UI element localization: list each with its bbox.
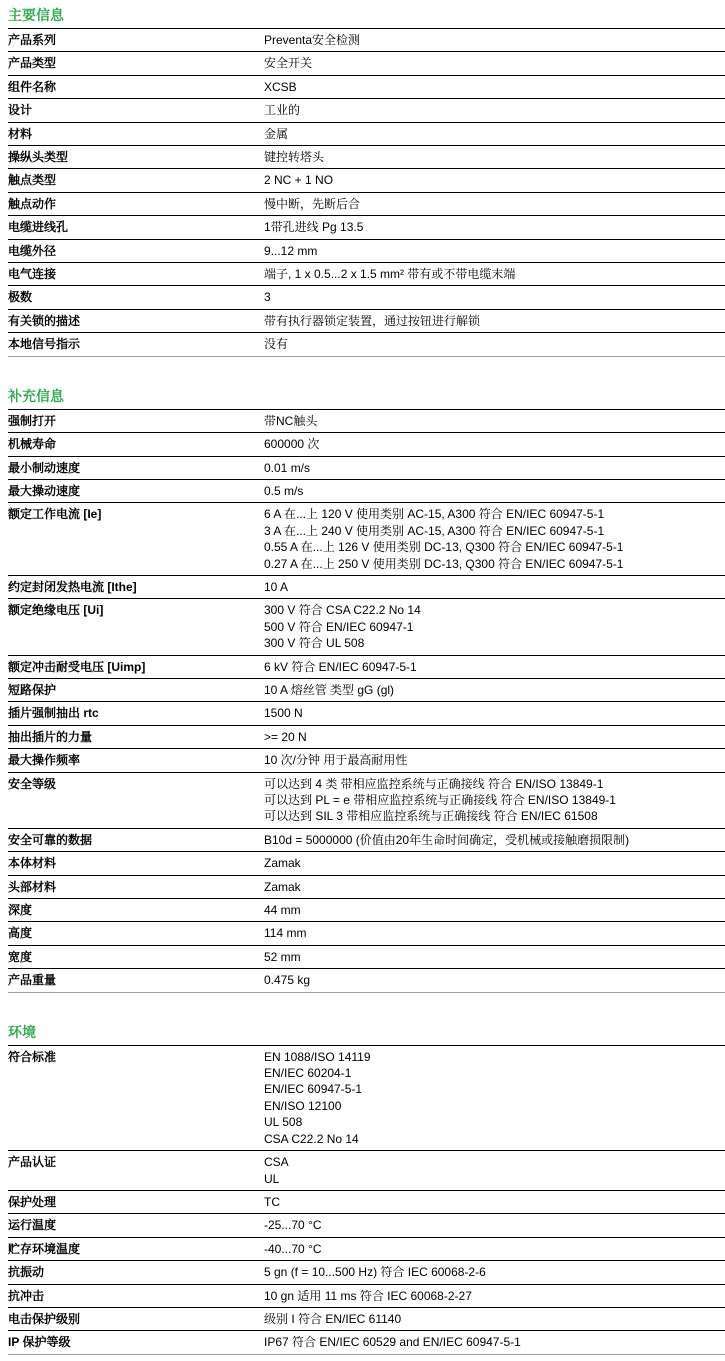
section-environment: 环境符合标准EN 1088/ISO 14119 EN/IEC 60204-1 E…: [8, 1022, 725, 1355]
spec-row: 短路保护10 A 熔丝管 类型 gG (gl): [8, 679, 725, 702]
spec-row: 保护处理TC: [8, 1191, 725, 1214]
spec-label: 抽出插片的力量: [8, 729, 264, 745]
spec-row: 产品系列Preventa安全检测: [8, 29, 725, 52]
spec-label: 最大操作频率: [8, 752, 264, 768]
spec-row: 安全可靠的数据B10d = 5000000 (价值由20年生命时间确定，受机械或…: [8, 829, 725, 852]
spec-value: 带有执行器锁定装置，通过按钮进行解锁: [264, 313, 725, 329]
spec-row: 电气连接端子, 1 x 0.5...2 x 1.5 mm² 带有或不带电缆末端: [8, 263, 725, 286]
spec-row: 头部材料Zamak: [8, 876, 725, 899]
spec-label: 电气连接: [8, 266, 264, 282]
spec-value: 10 gn 适用 11 ms 符合 IEC 60068-2-27: [264, 1288, 725, 1304]
spec-label: 最小制动速度: [8, 460, 264, 476]
spec-row: 强制打开带NC触头: [8, 410, 725, 433]
spec-value: 300 V 符合 CSA C22.2 No 14 500 V 符合 EN/IEC…: [264, 602, 725, 651]
spec-value: 金属: [264, 126, 725, 142]
spec-row: 额定工作电流 [Ie]6 A 在...上 120 V 使用类别 AC-15, A…: [8, 503, 725, 576]
spec-row: 材料金属: [8, 123, 725, 146]
section-title: 主要信息: [8, 5, 725, 29]
spec-row: 额定冲击耐受电压 [Uimp]6 kV 符合 EN/IEC 60947-5-1: [8, 656, 725, 679]
spec-row: 抗振动5 gn (f = 10...500 Hz) 符合 IEC 60068-2…: [8, 1261, 725, 1284]
spec-label: 头部材料: [8, 879, 264, 895]
spec-label: 电缆外径: [8, 243, 264, 259]
spec-value: 10 次/分钟 用于最高耐用性: [264, 752, 725, 768]
spec-row: 抽出插片的力量>= 20 N: [8, 726, 725, 749]
spec-label: 操纵头类型: [8, 149, 264, 165]
spec-value: EN 1088/ISO 14119 EN/IEC 60204-1 EN/IEC …: [264, 1049, 725, 1147]
spec-label: 抗振动: [8, 1264, 264, 1280]
spec-label: 符合标准: [8, 1049, 264, 1065]
spec-value: 可以达到 4 类 带相应监控系统与正确接线 符合 EN/ISO 13849-1 …: [264, 776, 725, 825]
spec-value: CSA UL: [264, 1154, 725, 1187]
spec-label: 本地信号指示: [8, 336, 264, 352]
spec-label: 额定冲击耐受电压 [Uimp]: [8, 659, 264, 675]
spec-value: 慢中断，先断后合: [264, 196, 725, 212]
spec-value: 44 mm: [264, 902, 725, 918]
spec-value: 工业的: [264, 102, 725, 118]
section-main-info: 主要信息产品系列Preventa安全检测产品类型安全开关组件名称XCSB设计工业…: [8, 5, 725, 357]
spec-row: 符合标准EN 1088/ISO 14119 EN/IEC 60204-1 EN/…: [8, 1046, 725, 1151]
spec-row: 极数3: [8, 286, 725, 309]
section-supplementary-info: 补充信息强制打开带NC触头机械寿命600000 次最小制动速度0.01 m/s最…: [8, 386, 725, 993]
spec-row: 操纵头类型键控转塔头: [8, 146, 725, 169]
spec-label: 机械寿命: [8, 436, 264, 452]
spec-value: Zamak: [264, 855, 725, 871]
spec-value: 52 mm: [264, 949, 725, 965]
spec-label: 产品认证: [8, 1154, 264, 1170]
spec-value: 2 NC + 1 NO: [264, 172, 725, 188]
spec-value: 端子, 1 x 0.5...2 x 1.5 mm² 带有或不带电缆末端: [264, 266, 725, 282]
spec-label: 额定绝缘电压 [Ui]: [8, 602, 264, 618]
spec-row: 贮存环境温度-40...70 °C: [8, 1238, 725, 1261]
sections-container: 主要信息产品系列Preventa安全检测产品类型安全开关组件名称XCSB设计工业…: [8, 5, 725, 1355]
spec-value: 级别 I 符合 EN/IEC 61140: [264, 1311, 725, 1327]
spec-label: 极数: [8, 289, 264, 305]
spec-value: 9...12 mm: [264, 243, 725, 259]
spec-row: 运行温度-25...70 °C: [8, 1214, 725, 1237]
spec-value: 0.01 m/s: [264, 460, 725, 476]
spec-label: 设计: [8, 102, 264, 118]
spec-row: 高度114 mm: [8, 922, 725, 945]
spec-value: IP67 符合 EN/IEC 60529 and EN/IEC 60947-5-…: [264, 1334, 725, 1350]
spec-row: 设计工业的: [8, 99, 725, 122]
spec-label: 电缆进线孔: [8, 219, 264, 235]
spec-label: 电击保护级别: [8, 1311, 264, 1327]
spec-row: 触点类型2 NC + 1 NO: [8, 169, 725, 192]
spec-row: 本体材料Zamak: [8, 852, 725, 875]
spec-label: 材料: [8, 126, 264, 142]
spec-value: 10 A: [264, 579, 725, 595]
spec-value: 0.475 kg: [264, 972, 725, 988]
spec-label: IP 保护等级: [8, 1334, 264, 1350]
spec-label: 运行温度: [8, 1217, 264, 1233]
spec-label: 插片强制抽出 rtc: [8, 705, 264, 721]
spec-value: 5 gn (f = 10...500 Hz) 符合 IEC 60068-2-6: [264, 1264, 725, 1280]
spec-row: 有关锁的描述带有执行器锁定装置，通过按钮进行解锁: [8, 310, 725, 333]
spec-row: 产品重量0.475 kg: [8, 969, 725, 992]
spec-row: 插片强制抽出 rtc1500 N: [8, 702, 725, 725]
spec-label: 产品系列: [8, 32, 264, 48]
spec-row: 电缆进线孔1带孔进线 Pg 13.5: [8, 216, 725, 239]
spec-row: 额定绝缘电压 [Ui]300 V 符合 CSA C22.2 No 14 500 …: [8, 599, 725, 655]
spec-value: 600000 次: [264, 436, 725, 452]
spec-row: 组件名称XCSB: [8, 76, 725, 99]
spec-label: 贮存环境温度: [8, 1241, 264, 1257]
spec-value: 0.5 m/s: [264, 483, 725, 499]
spec-value: 带NC触头: [264, 413, 725, 429]
spec-row: 深度44 mm: [8, 899, 725, 922]
spec-row: 抗冲击10 gn 适用 11 ms 符合 IEC 60068-2-27: [8, 1285, 725, 1308]
spec-row: 约定封闭发热电流 [Ithe]10 A: [8, 576, 725, 599]
spec-label: 安全可靠的数据: [8, 832, 264, 848]
spec-label: 深度: [8, 902, 264, 918]
spec-row: 最小制动速度0.01 m/s: [8, 457, 725, 480]
section-title: 补充信息: [8, 386, 725, 410]
spec-label: 短路保护: [8, 682, 264, 698]
spec-value: 安全开关: [264, 55, 725, 71]
spec-row: 机械寿命600000 次: [8, 433, 725, 456]
spec-row: 安全等级可以达到 4 类 带相应监控系统与正确接线 符合 EN/ISO 1384…: [8, 773, 725, 829]
spec-row: 产品类型安全开关: [8, 52, 725, 75]
spec-value: -40...70 °C: [264, 1241, 725, 1257]
spec-label: 安全等级: [8, 776, 264, 792]
spec-label: 本体材料: [8, 855, 264, 871]
spec-label: 约定封闭发热电流 [Ithe]: [8, 579, 264, 595]
spec-row: 宽度52 mm: [8, 946, 725, 969]
spec-value: 6 kV 符合 EN/IEC 60947-5-1: [264, 659, 725, 675]
spec-value: TC: [264, 1194, 725, 1210]
spec-value: 6 A 在...上 120 V 使用类别 AC-15, A300 符合 EN/I…: [264, 506, 725, 572]
spec-value: 1500 N: [264, 705, 725, 721]
spec-label: 产品类型: [8, 55, 264, 71]
spec-row: 触点动作慢中断，先断后合: [8, 193, 725, 216]
spec-label: 保护处理: [8, 1194, 264, 1210]
section-title: 环境: [8, 1022, 725, 1046]
spec-label: 强制打开: [8, 413, 264, 429]
spec-row: 最大操动速度0.5 m/s: [8, 480, 725, 503]
spec-label: 有关锁的描述: [8, 313, 264, 329]
spec-label: 高度: [8, 925, 264, 941]
spec-value: Preventa安全检测: [264, 32, 725, 48]
spec-value: 1带孔进线 Pg 13.5: [264, 219, 725, 235]
spec-value: XCSB: [264, 79, 725, 95]
spec-row: 电击保护级别级别 I 符合 EN/IEC 61140: [8, 1308, 725, 1331]
datasheet-page: 主要信息产品系列Preventa安全检测产品类型安全开关组件名称XCSB设计工业…: [0, 0, 725, 1361]
spec-label: 最大操动速度: [8, 483, 264, 499]
spec-value: Zamak: [264, 879, 725, 895]
spec-row: 产品认证CSA UL: [8, 1151, 725, 1191]
spec-row: IP 保护等级IP67 符合 EN/IEC 60529 and EN/IEC 6…: [8, 1331, 725, 1354]
spec-value: 114 mm: [264, 925, 725, 941]
spec-row: 最大操作频率10 次/分钟 用于最高耐用性: [8, 749, 725, 772]
spec-value: 键控转塔头: [264, 149, 725, 165]
spec-label: 额定工作电流 [Ie]: [8, 506, 264, 522]
spec-label: 产品重量: [8, 972, 264, 988]
spec-label: 触点动作: [8, 196, 264, 212]
spec-value: -25...70 °C: [264, 1217, 725, 1233]
spec-value: 没有: [264, 336, 725, 352]
spec-row: 电缆外径9...12 mm: [8, 240, 725, 263]
spec-row: 本地信号指示没有: [8, 333, 725, 356]
spec-value: >= 20 N: [264, 729, 725, 745]
spec-label: 抗冲击: [8, 1288, 264, 1304]
spec-value: 10 A 熔丝管 类型 gG (gl): [264, 682, 725, 698]
spec-value: B10d = 5000000 (价值由20年生命时间确定，受机械或接触磨损限制): [264, 832, 725, 848]
spec-label: 组件名称: [8, 79, 264, 95]
spec-label: 触点类型: [8, 172, 264, 188]
spec-label: 宽度: [8, 949, 264, 965]
spec-value: 3: [264, 289, 725, 305]
